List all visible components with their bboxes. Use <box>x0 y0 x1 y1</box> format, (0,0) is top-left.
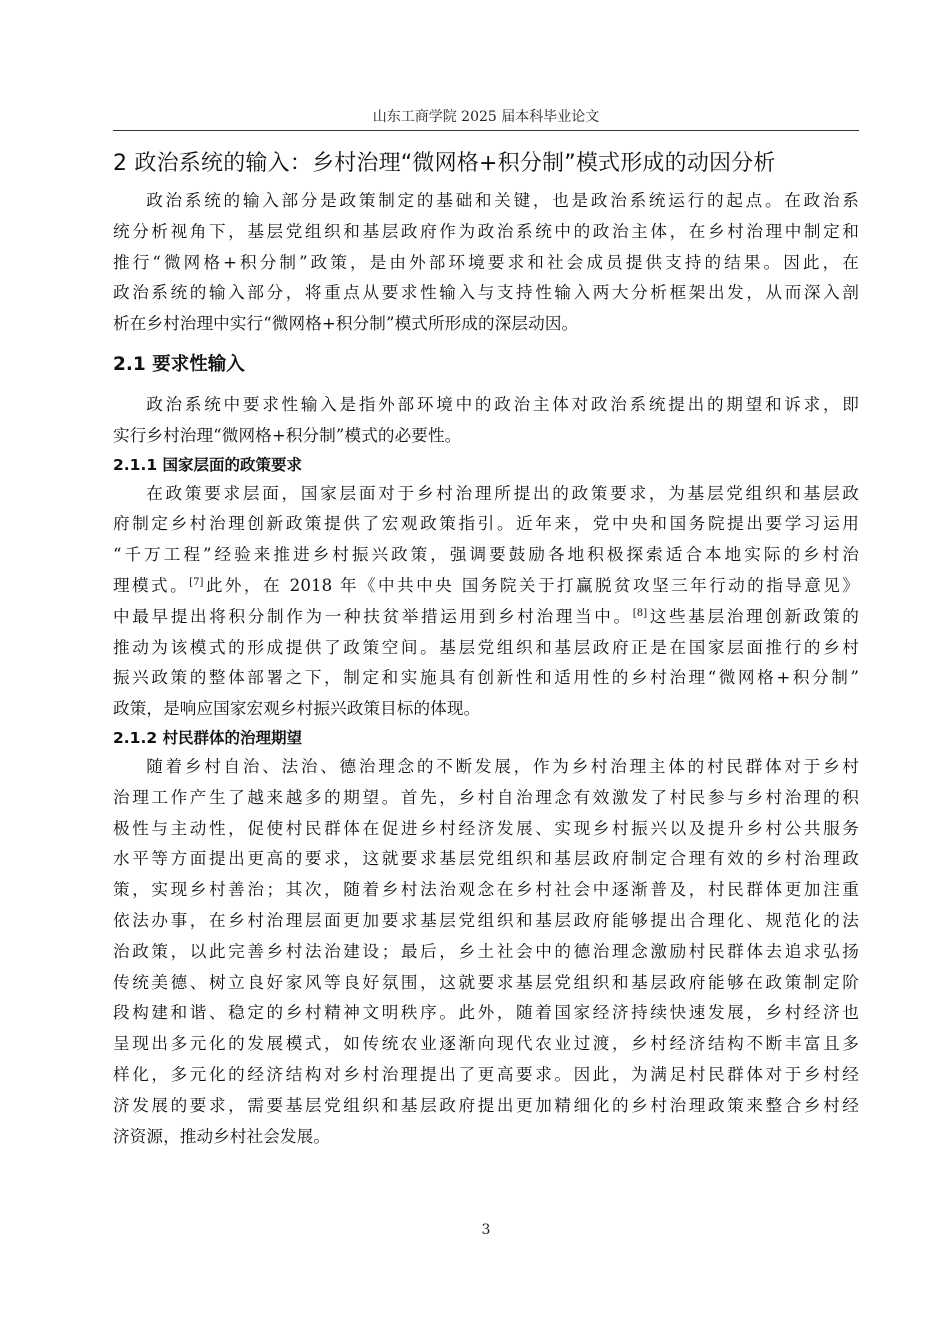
text-line: “千万工程”经验来推进乡村振兴政策，强调要鼓励各地积极探索适合本地实际的乡村治 <box>113 540 859 571</box>
text-line-with-citation: 中最早提出将积分制作为一种扶贫举措运用到乡村治理当中。[8]这些基层治理创新政策… <box>113 602 859 633</box>
text-line: 析在乡村治理中实行“微网格+积分制”模式所形成的深层动因。 <box>113 309 859 340</box>
section-title-2-1-2: 2.1.2 村民群体的治理期望 <box>113 725 859 752</box>
intro-paragraph: 政治系统的输入部分是政策制定的基础和关键，也是政治系统运行的起点。在政治系 统分… <box>113 186 859 340</box>
text-line: 济资源，推动乡村社会发展。 <box>113 1122 859 1153</box>
text-line: 振兴政策的整体部署之下，制定和实施具有创新性和适用性的乡村治理“微网格+积分制” <box>113 663 859 694</box>
section-2-1-paragraph: 政治系统中要求性输入是指外部环境中的政治主体对政治系统提出的期望和诉求，即 实行… <box>113 390 859 452</box>
text-line: 统分析视角下，基层党组织和基层政府作为政治系统中的政治主体，在乡村治理中制定和 <box>113 217 859 248</box>
running-header: 山东工商学院 2025 届本科毕业论文 <box>113 108 859 126</box>
citation-8[interactable]: [8] <box>633 608 647 619</box>
text-segment: 中最早提出将积分制作为一种扶贫举措运用到乡村治理当中。 <box>113 607 633 626</box>
text-line: 水平等方面提出更高的要求，这就要求基层党组织和基层政府制定合理有效的乡村治理政 <box>113 844 859 875</box>
text-line: 传统美德、树立良好家风等良好氛围，这就要求基层党组织和基层政府能够在政策制定阶 <box>113 968 859 999</box>
text-line: 政策，是响应国家宏观乡村振兴政策目标的体现。 <box>113 694 859 725</box>
text-line: 策，实现乡村善治；其次，随着乡村法治观念在乡村社会中逐渐普及，村民群体更加注重 <box>113 875 859 906</box>
text-line: 济发展的要求，需要基层党组织和基层政府提出更加精细化的乡村治理政策来整合乡村经 <box>113 1091 859 1122</box>
text-line: 推行“微网格+积分制”政策，是由外部环境要求和社会成员提供支持的结果。因此，在 <box>113 248 859 279</box>
text-line: 在政策要求层面，国家层面对于乡村治理所提出的政策要求，为基层党组织和基层政 <box>113 479 859 510</box>
text-line: 随着乡村自治、法治、德治理念的不断发展，作为乡村治理主体的村民群体对于乡村 <box>113 752 859 783</box>
text-segment: 此外，在 2018 年《中共中央 国务院关于打赢脱贫攻坚三年行动的指导意见》 <box>204 576 859 595</box>
section-title-2-1-1: 2.1.1 国家层面的政策要求 <box>113 452 859 479</box>
page-number: 3 <box>113 1222 859 1238</box>
text-line: 极性与主动性，促使村民群体在促进乡村经济发展、实现乡村振兴以及提升乡村公共服务 <box>113 814 859 845</box>
text-line: 政治系统中要求性输入是指外部环境中的政治主体对政治系统提出的期望和诉求，即 <box>113 390 859 421</box>
section-2-1-2-paragraph: 随着乡村自治、法治、德治理念的不断发展，作为乡村治理主体的村民群体对于乡村 治理… <box>113 752 859 1152</box>
text-line: 依法办事，在乡村治理层面更加要求基层党组织和基层政府能够提出合理化、规范化的法 <box>113 906 859 937</box>
citation-7[interactable]: [7] <box>189 577 203 588</box>
section-2-1-1-paragraph: 在政策要求层面，国家层面对于乡村治理所提出的政策要求，为基层党组织和基层政 府制… <box>113 479 859 725</box>
section-title-2-1: 2.1 要求性输入 <box>113 348 859 382</box>
text-line: 段构建和谐、稳定的乡村精神文明秩序。此外，随着国家经济持续快速发展，乡村经济也 <box>113 998 859 1029</box>
text-line: 推动为该模式的形成提供了政策空间。基层党组织和基层政府正是在国家层面推行的乡村 <box>113 633 859 664</box>
page-body: 2 政治系统的输入：乡村治理“微网格+积分制”模式形成的动因分析 政治系统的输入… <box>113 146 859 1152</box>
chapter-title: 2 政治系统的输入：乡村治理“微网格+积分制”模式形成的动因分析 <box>113 146 859 182</box>
text-line: 治政策，以此完善乡村法治建设；最后，乡土社会中的德治理念激励村民群体去追求弘扬 <box>113 937 859 968</box>
header-rule <box>113 130 859 131</box>
text-segment: 理模式。 <box>113 576 189 595</box>
text-line: 政治系统的输入部分是政策制定的基础和关键，也是政治系统运行的起点。在政治系 <box>113 186 859 217</box>
text-segment: 这些基层治理创新政策的 <box>647 607 859 626</box>
text-line: 府制定乡村治理创新政策提供了宏观政策指引。近年来，党中央和国务院提出要学习运用 <box>113 509 859 540</box>
text-line: 治理工作产生了越来越多的期望。首先，乡村自治理念有效激发了村民参与乡村治理的积 <box>113 783 859 814</box>
text-line: 样化，多元化的经济结构对乡村治理提出了更高要求。因此，为满足村民群体对于乡村经 <box>113 1060 859 1091</box>
text-line: 政治系统的输入部分，将重点从要求性输入与支持性输入两大分析框架出发，从而深入剖 <box>113 278 859 309</box>
text-line: 呈现出多元化的发展模式，如传统农业逐渐向现代农业过渡，乡村经济结构不断丰富且多 <box>113 1029 859 1060</box>
text-line-with-citation: 理模式。[7]此外，在 2018 年《中共中央 国务院关于打赢脱贫攻坚三年行动的… <box>113 571 859 602</box>
text-line: 实行乡村治理“微网格+积分制”模式的必要性。 <box>113 421 859 452</box>
